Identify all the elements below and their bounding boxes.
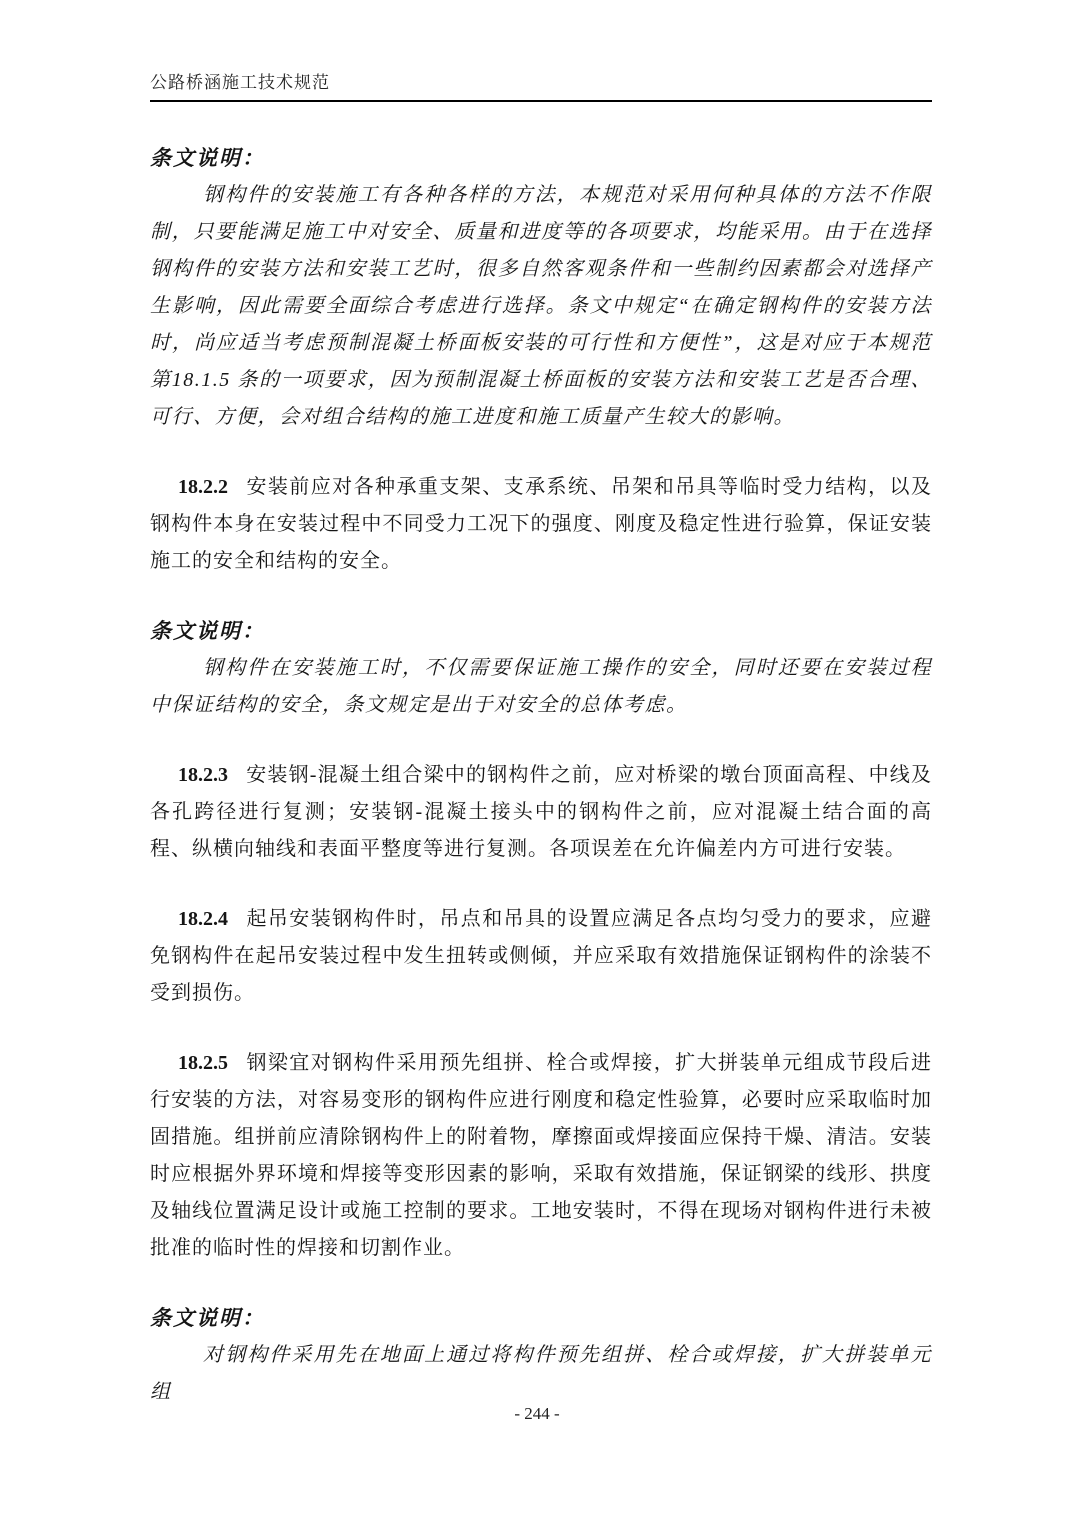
- clause-18-2-3: 18.2.3安装钢-混凝土组合梁中的钢构件之前，应对桥梁的墩台顶面高程、中线及各…: [150, 757, 932, 868]
- commentary-paragraph-2: 钢构件在安装施工时，不仅需要保证施工操作的安全，同时还要在安装过程中保证结构的安…: [150, 650, 932, 724]
- clause-18-2-2: 18.2.2安装前应对各种承重支架、支承系统、吊架和吊具等临时受力结构，以及钢构…: [150, 469, 932, 580]
- clause-text-18-2-3: 安装钢-混凝土组合梁中的钢构件之前，应对桥梁的墩台顶面高程、中线及各孔跨径进行复…: [150, 764, 932, 860]
- page-content: 公路桥涵施工技术规范 条文说明： 钢构件的安装施工有各种各样的方法，本规范对采用…: [150, 72, 932, 1411]
- commentary-heading-3: 条文说明：: [150, 1300, 932, 1337]
- commentary-heading-1: 条文说明：: [150, 140, 932, 177]
- clause-18-2-5: 18.2.5钢梁宜对钢构件采用预先组拼、栓合或焊接，扩大拼装单元组成节段后进行安…: [150, 1045, 932, 1267]
- clause-number-18-2-3: 18.2.3: [178, 764, 228, 786]
- commentary-paragraph-1: 钢构件的安装施工有各种各样的方法，本规范对采用何种具体的方法不作限制，只要能满足…: [150, 177, 932, 436]
- commentary-heading-2: 条文说明：: [150, 613, 932, 650]
- body-text: 条文说明： 钢构件的安装施工有各种各样的方法，本规范对采用何种具体的方法不作限制…: [150, 140, 932, 1411]
- clause-number-18-2-2: 18.2.2: [178, 476, 228, 498]
- clause-18-2-4: 18.2.4起吊安装钢构件时，吊点和吊具的设置应满足各点均匀受力的要求，应避免钢…: [150, 901, 932, 1012]
- document-page: 公路桥涵施工技术规范 条文说明： 钢构件的安装施工有各种各样的方法，本规范对采用…: [0, 0, 1074, 1520]
- clause-text-18-2-4: 起吊安装钢构件时，吊点和吊具的设置应满足各点均匀受力的要求，应避免钢构件在起吊安…: [150, 908, 932, 1004]
- commentary-paragraph-3: 对钢构件采用先在地面上通过将构件预先组拼、栓合或焊接，扩大拼装单元组: [150, 1337, 932, 1411]
- header-divider: [150, 100, 932, 102]
- running-header-title: 公路桥涵施工技术规范: [150, 72, 932, 100]
- clause-text-18-2-2: 安装前应对各种承重支架、支承系统、吊架和吊具等临时受力结构，以及钢构件本身在安装…: [150, 476, 932, 572]
- clause-text-18-2-5: 钢梁宜对钢构件采用预先组拼、栓合或焊接，扩大拼装单元组成节段后进行安装的方法，对…: [150, 1052, 932, 1259]
- clause-number-18-2-4: 18.2.4: [178, 908, 228, 930]
- page-number: - 244 -: [0, 1404, 1074, 1424]
- clause-number-18-2-5: 18.2.5: [178, 1052, 228, 1074]
